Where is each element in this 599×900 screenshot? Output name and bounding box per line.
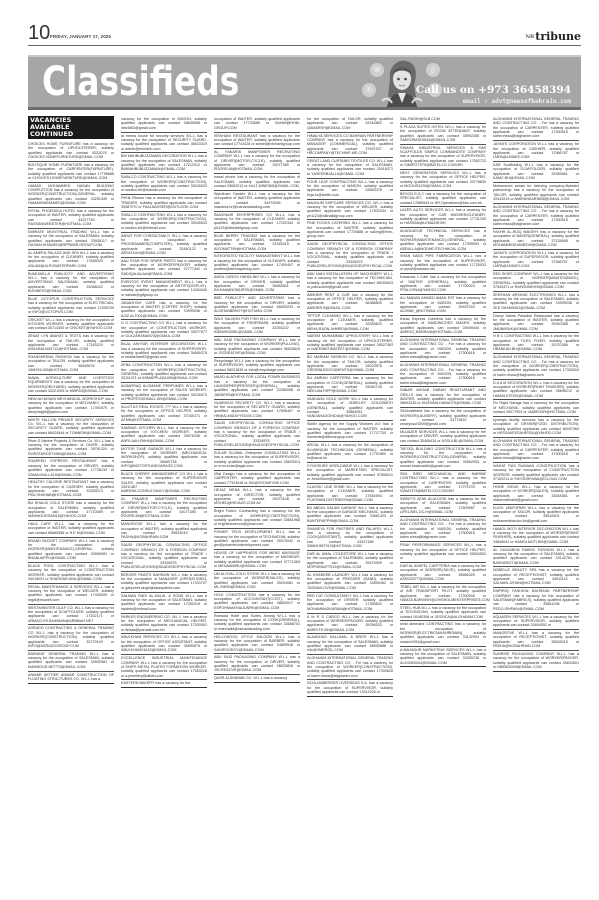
classified-ad: HALA CAFE W.L.L. has a vacancy for the o… — [28, 521, 114, 538]
classified-ad: SAMNAS KITCHEN W.L.L has a vacancy for t… — [121, 425, 207, 446]
classified-ad: BUMUWILLA PUBLICITY AND ADVERTISING W.L.… — [28, 271, 114, 296]
classified-ad: for the occupation of TAILOR, suitably q… — [307, 116, 393, 133]
classified-ad: HAMOL MOTI INTERIOR DECORATION W.L.L has… — [493, 526, 579, 547]
classified-ad: WHITE FALCON PRIVATE SECURITY SERVICES C… — [28, 417, 114, 438]
classified-ad: MAJID ALATHEYA FOR LOCAL FOWRI BUSINESS … — [214, 374, 300, 399]
classified-ad: BU ABDUL SALAM GARAGE W.L.L has a vacanc… — [307, 505, 393, 526]
classified-ad: BU AMRAH CAFETERIA has a vacancy for the… — [307, 375, 393, 396]
classified-ad: BLACK CHERRY MANAGEMENT CO W.L.L has a v… — [121, 471, 207, 496]
classified-ad: BOUTIQUE HOME FURNITURE has a vacancy fo… — [28, 162, 114, 183]
classified-ad: BU KHALID COLD STORE has a vacancy for t… — [28, 500, 114, 521]
advert-email: email : advt@newsofbahrain.com — [463, 98, 571, 105]
classified-ad: SWEETS AFAK ALULDOID has a vacancy for t… — [400, 496, 486, 517]
classified-ad: SINAHA INDUSTRIAL SERVICES & SIMI SCAFFO… — [400, 145, 486, 170]
classified-ad: K&R Scaffolding W.L.L has a vacancy for … — [493, 162, 579, 183]
classified-ad: ALAADDAS HALLIMAL & BROS W.L.L has a vac… — [307, 634, 393, 655]
masthead-logo: NBtribune — [525, 30, 581, 43]
classified-ad: SHAN NASS PIPE FABRICATION W.L.L has a v… — [400, 253, 486, 274]
classified-ad: WESTMINSTER GULF CO. W.L.L has a vacancy… — [28, 605, 114, 626]
classified-ad: JASMI'S CORPORATION W.L.L has a vacancy … — [493, 250, 579, 271]
classified-ad: vacancy for the occupation of MASON, sui… — [121, 116, 207, 133]
classified-ad: RED CAT CONSULTANCY W.L.L has a vacancy … — [307, 593, 393, 614]
classified-ad: ALGHANIM INTERNATIONAL GENERAL TRADING A… — [493, 116, 579, 141]
classified-ad: BEYON B.S.C has a vacancy for the occupa… — [400, 191, 486, 208]
classified-ad: SHANSHEENA FASHION has a vacancy for the… — [28, 354, 114, 375]
classified-ad: ALGHANIM INTERNATIONAL GENERAL TRADING A… — [307, 655, 393, 680]
classified-ad: SALMAN RADI AL-HALAL & SONS W.L.L has a … — [121, 593, 207, 614]
classified-ad: JANADIYAH CAFE has a vacancy for the occ… — [121, 300, 207, 321]
classified-ad: SAUDI GEOPHYSICAL CONSULTING OFFICE COMP… — [307, 241, 393, 271]
classified-ad: STEEL HUB W.L.L has a vacancy for the oc… — [400, 605, 486, 622]
classified-ad: Karac Express Cafeteria has a vacancy fo… — [400, 316, 486, 337]
classified-ad: NEXT GENERATION SERVICES W.L.L has a vac… — [400, 170, 486, 191]
column-2: vacancy for the occupation of MASON, sui… — [121, 116, 207, 688]
classified-ad: H B C CONTRACTING W.L.L has a vacancy fo… — [493, 333, 579, 354]
classified-ad: UM ALOYAL COLD STORE W.L.L has a vacancy… — [214, 571, 300, 592]
classified-ad: occupation of WAITER, suitably qualified… — [214, 116, 300, 133]
ad-list: CHOICES HOME FURNITURE has a vacancy for… — [28, 141, 114, 684]
classified-ad: FINE FOODS CATERING W.L.L has a vacancy … — [307, 220, 393, 241]
classified-ad: ISFAHANI RESTAURANT has a vacancy for th… — [214, 133, 300, 150]
classified-ad: ASRADO CONTRACTING & GENERAL TRADING CO … — [28, 625, 114, 650]
classified-ad: SMALCO CONTRACTING W.L.L has a vacancy f… — [121, 212, 207, 233]
ad-list: vacancy for the occupation of MASON, sui… — [121, 116, 207, 688]
classified-ad: HOME IDEAS W.L.L has a vacancy for the o… — [493, 484, 579, 505]
classified-ad: Vital Design has a vacancy for the occup… — [214, 471, 300, 488]
classified-ad: SUNRISE PACKAGING COMPANY W.L.L has a va… — [493, 651, 579, 672]
classified-ad: SAUDI GEOPHYSICAL CONSULTING OFFICE COMP… — [214, 420, 300, 450]
column-6: ALGHANIM INTERNATIONAL GENERAL TRADING A… — [493, 116, 579, 672]
classified-ad: HEJAZ MENA W.L.L has a vacancy for the o… — [214, 487, 300, 508]
classified-ad: Danny Saints Paradise Restaurant has a v… — [493, 313, 579, 334]
classified-ad: BLACK POOL CONTRACTING W.L.L has a vacan… — [28, 563, 114, 584]
classified-ad: Kasamas 1 Cafe has a vacancy for the occ… — [400, 274, 486, 295]
classified-ad: ALLOTUS REAL ESTATE 777 W.L.L has a vaca… — [121, 404, 207, 425]
classified-ad: SMALCO CONTRACTING W.L.L has a vacancy f… — [121, 174, 207, 195]
classified-ad: ZEBA CONSTRUCTION W.L.L has a vacancy fo… — [121, 362, 207, 383]
classified-ad: MAWA AGRICULTURE AND LIVESTOCK EQUIPMENT… — [28, 375, 114, 396]
classified-ad: AL GUDAIBIYA FABRIC FASHION W.L.L has a … — [493, 547, 579, 568]
classified-ad: ABYAT FOR CONSULTANCY W.L.L has a vacanc… — [121, 233, 207, 258]
classified-ad: SHAREED EXPRESS RESTAURANT has a vacancy… — [28, 458, 114, 479]
classified-ad: MANGROVE W.L.L has a vacancy for the occ… — [121, 521, 207, 542]
classifieds-columns: VACANCIES AVAILABLE CONTINUED CHOICES HO… — [28, 116, 581, 896]
classified-ad: G O CONTRACTING CO W.L.L has a vacancy f… — [121, 320, 207, 341]
classified-ad: AL AMEEN PALACE AND SPA W.L.L has a vaca… — [28, 250, 114, 271]
classified-ad: HOUSE OF HAPPINESS FOR MENS MASSAGE has … — [214, 550, 300, 571]
classified-ad: ABU SAID PACKAGING COMPANY W.L.L has a v… — [214, 654, 300, 675]
classified-ad: BLUE BERRY TRADING has a vacancy for the… — [214, 233, 300, 254]
classified-ad: BLUE OCTOPUS CONSTRUCTION SERVICES has a… — [28, 296, 114, 317]
classified-ad: AL FANARIS MANPOWER RECRUITING COMPANY W… — [214, 149, 300, 174]
classified-ad: BARAKAT GENERAL TRADING W.L.L has a vaca… — [28, 651, 114, 672]
classified-ad: PEAK PERFORMANCE SERVICES W.L.L has a va… — [400, 542, 486, 563]
classified-ad: ZENAT LYN ABAYAT & TEXTIL has a vacancy … — [28, 333, 114, 354]
classified-ad: CLASSIC LINE SHINE W.L.L has a vacancy f… — [307, 484, 393, 505]
classified-ad: BBD PUBLICITY AND ADVERTISING has a vaca… — [214, 295, 300, 316]
classified-ad: Wyndham Garden W.L.L has a vacancy for t… — [214, 191, 300, 212]
call-us-phone: Call us on +973 36458394 — [416, 84, 571, 96]
classified-ad: al emma house for security services W.L.… — [121, 133, 207, 154]
classified-ad: ANSU CARGO HANDLING W.L.L has a vacancy … — [214, 274, 300, 295]
classified-ad: AQUAEEN SERVICES W.L.L has a vacancy for… — [493, 614, 579, 631]
classified-ad: MANGROVE W.L.L has a vacancy for the occ… — [493, 630, 579, 651]
ad-list: for the occupation of TAILOR, suitably q… — [307, 116, 393, 697]
classified-ad: ARCAL W.L.L has a vacancy for the occupa… — [307, 442, 393, 463]
classified-ad: JASMI'S CORPORATION W.L.L has a vacancy … — [493, 141, 579, 162]
classified-ad: SAUDI GEOPHYSICAL CONSULTING OFFICE COMP… — [121, 542, 207, 572]
classified-ad: EASTERN BAKERY has a vacancy for the — [121, 680, 207, 688]
classified-ad: WAHAT RAS RUMAAN CONSTRUCTION has a vaca… — [493, 463, 579, 484]
page-header: 10 FRIDAY, JANUARY 17, 2025 NBtribune — [28, 24, 581, 46]
classified-ad: ABULKHAM SERVICES CO W.L.L has a vacancy… — [121, 634, 207, 655]
classified-ad: EMPIRIQ FASHION BAHRAINI PARTNERSHIP COM… — [493, 588, 579, 613]
classified-ad: PARKES ENGINEERING CO. W.L.L has a vacan… — [121, 614, 207, 635]
classified-ad: TIPTOP CLEANING W.L.L has a vacancy for … — [307, 313, 393, 334]
classified-ad: GREAT LAND CURTAINS TEXTILES CO. W.L.L h… — [307, 158, 393, 179]
classifieds-banner: Classifieds ✉ ✆ ▯ ◍ Call us on +973 3645… — [28, 55, 581, 110]
classified-ad: HIMALYA SERVICES CO BAHRAIN PARTNERSHIP … — [307, 133, 393, 158]
ad-list: ALGHANIM INTERNATIONAL GENERAL TRADING A… — [493, 116, 579, 672]
classified-ad: INTEGRATED FACILITY MANAGEMENT W.L.L has… — [214, 253, 300, 274]
classified-ad: S PLAZA SUITES HOTEL W.L.L has a vacancy… — [400, 124, 486, 145]
classified-ad: Skiller Agency for the Supply Workers w.… — [307, 421, 393, 442]
column-1: VACANCIES AVAILABLE CONTINUED CHOICES HO… — [28, 116, 114, 684]
page-number: 10 — [28, 22, 50, 45]
classified-ad: DAR AL ASAFEL CAFETERIA has a vacancy fo… — [400, 563, 486, 584]
phone-icon: ✆ — [362, 83, 376, 97]
section-heading: VACANCIES AVAILABLE CONTINUED — [28, 116, 114, 139]
classified-ad: BILAL AKHTAR INTERIOR DECORATION W.L.L h… — [121, 341, 207, 362]
classified-ad: BERGER PAINTS BAHRAIN W.L.L has a vacanc… — [121, 572, 207, 593]
mobile-icon: ▯ — [426, 63, 440, 77]
classified-ad: ZEESHAN ARSHAD ELECTRONICS W.L.L has a v… — [493, 292, 579, 313]
classified-ad: CRICKET W.L.L has a vacancy for the occu… — [28, 317, 114, 334]
classified-ad: SHAMEYA FOR PASTRIES AND FALAFEL W.L.L h… — [307, 526, 393, 551]
classified-ad: ABU NADI INSTALLATION OF MACHINERY W.L.L… — [307, 271, 393, 292]
classified-ad: AL KHAREEB LAUNDRY W.L.L has a vacancy f… — [307, 572, 393, 593]
classified-ad: Ramada Hotel and Suites Amwaj W.L.L has … — [214, 613, 300, 634]
classified-ad: FitFat Fitness has a vacancy for the occ… — [121, 195, 207, 212]
classified-ad: EMIRATE MONTREAL TRADING W.L.L has a vac… — [28, 229, 114, 250]
classified-ad: CYNOSURE WORLDWIDE W.L.L has a vacancy f… — [307, 463, 393, 484]
classified-ad: CHOICES HOME FURNITURE has a vacancy for… — [28, 141, 114, 162]
classified-ad: shibl almedani CONTRACTING has a vacancy… — [400, 621, 486, 646]
classified-ad: RED SKIES COMPANY W.L.L has a vacancy fo… — [493, 271, 579, 292]
classified-ad: ALGHANIM INTERNATIONAL GENERAL TRADING A… — [400, 517, 486, 542]
classified-ad: KLICK UNIFORMS W.L.L has a vacancy for t… — [493, 505, 579, 526]
classified-ad: ABU SAID PACKAGING COMPANY W.L.L has a v… — [214, 337, 300, 358]
banner-title: Classifieds — [42, 59, 239, 105]
ad-list: SAL-RASHI@SLB.COMS PLAZA SUITES HOTEL W.… — [400, 116, 486, 667]
classified-ad: ROYAL PHOENICIA HOTEL has a vacancy for … — [28, 208, 114, 229]
column-4: for the occupation of TAILOR, suitably q… — [307, 116, 393, 697]
classified-ad: ALGHANIM INTERNATIONAL GENERAL TRADING A… — [493, 354, 579, 379]
classified-ad: SEA BIRD MECHANICAL AND MARINE CONTRACTI… — [400, 471, 486, 496]
classified-ad: Fix Right Garage has a vacancy for the o… — [493, 400, 579, 417]
classified-ad: QASR ALSHABAB CO. W.L.L has a vacancy — [214, 675, 300, 683]
classified-ad: FOUR LEAF CONTRACTING W.L.L has a vacanc… — [307, 179, 393, 200]
classified-ad: DAR AL AMAL COLDSTORE W.L.L has a vacanc… — [307, 551, 393, 572]
classified-ad: ALGHANIM INTERNATIONAL GENERAL TRADING A… — [400, 337, 486, 362]
classified-ad: FAKHR AL-RIZQ BAKERY has a vacancy for t… — [493, 229, 579, 250]
classified-ad: SCHLUMBERGER OVERSEAS S.A. has a vacancy… — [307, 680, 393, 697]
classified-ad: ALBARRAQ ALOMAME PERFUMES W.L.L has a va… — [121, 383, 207, 404]
column-5: SAL-RASHI@SLB.COMS PLAZA SUITES HOTEL W.… — [400, 116, 486, 667]
classified-ad: 3044cafeteria has a vacancy for the occu… — [400, 408, 486, 429]
classified-ad: wasal phone has a vacancy for the occupa… — [214, 174, 300, 191]
classified-ad: REGAL MAINTENANCE & SERVICES W.L.L has a… — [28, 584, 114, 605]
classified-ad: IMAGINAIR ENTERPRISES CO W.L.L has a vac… — [214, 212, 300, 233]
classified-ad: LAZER AUTO SERVICES W.L.L has a vacancy … — [400, 207, 486, 228]
classified-ad: NAEEM MUHAMMAD UPHOLSTERY W.L.L has a va… — [307, 333, 393, 354]
classified-ad: NEW ALHUSANI MECHANICAL WORKSHOP has a v… — [28, 396, 114, 417]
classified-ad: ALGHANIM INTERNATIONAL GENERAL TRADING A… — [493, 204, 579, 229]
column-3: occupation of WAITER, suitably qualified… — [214, 116, 300, 683]
classified-ad: EXCELLENCE INDUSTRIAL MAINTENANCE COMPAN… — [121, 655, 207, 680]
classified-ad: TAFOOL BUILDING CONSTRUCTION W.L.L has a… — [400, 446, 486, 471]
classified-ad: River-S Marine Projects & Services Co. W… — [28, 438, 114, 459]
classified-ad: SAL-RASHI@SLB.COM — [400, 116, 486, 124]
classified-ad: SOLAR GLOBAL Enterprise CONSULTING W.L.L… — [214, 450, 300, 471]
classified-ad: ANWAR AKTHER ANWAR CONSTRUCTION OF FLOAT… — [28, 672, 114, 684]
classified-ad: HYLE CONSTRUCTION has a vacancy for the … — [214, 592, 300, 613]
classified-ad: EVENTOS EVENT MANAGEMENT W.L.L has a vac… — [121, 279, 207, 300]
classified-ad: ALNODATUR TECHNICAL SERVICES has a vacan… — [400, 228, 486, 253]
classified-ad: A.BAHADUR MARKETING SERVICES W.L.L has a… — [400, 647, 486, 668]
classified-ad: ALGHANIM INTERNATIONAL GENERAL TRADING A… — [493, 438, 579, 463]
classified-ad: VANDANA GOLD WORK W.L.L has a vacancy fo… — [307, 396, 393, 421]
classified-ad: HOLLYWOOD STYLE SALOON W.L.L has a vacan… — [214, 634, 300, 655]
classified-ad: NOBELLE BEAUTY SPA has a vacancy for the… — [493, 567, 579, 588]
classified-ad: Bright Future Contracting has a vacancy … — [214, 508, 300, 529]
classified-ad: Mohammed ansari for tailoring company-Ba… — [493, 183, 579, 204]
classified-ad: BO MARIAM FASHION CO. W.L.L has a vacanc… — [307, 354, 393, 375]
classified-ad: D A A M DECORATION W.L.L has a vacancy f… — [493, 380, 579, 401]
classified-ad: POWER TECH DEVELOPMENT W.L.L has a vacan… — [214, 529, 300, 550]
classified-ad: HEALTHY CALORIE RESTAURANT has a vacancy… — [28, 479, 114, 500]
masthead-title: tribune — [535, 30, 581, 43]
classified-ad: BM MAHBUBUZZAMAN DECORATION W.L.L has a … — [121, 153, 207, 174]
classified-ad: ABSHER RENT A CAR has a vacancy for the … — [307, 292, 393, 313]
classified-ad: A M R S CARGO W.L.L has a vacancy for th… — [307, 614, 393, 635]
classified-ad: MAGNUM SHIPCARE SERVICES CO. W.L.L has a… — [307, 200, 393, 221]
classified-ad: MUJAZER SERVICES W.L.L has a vacancy for… — [400, 429, 486, 446]
classified-ad: SABAR AHOAB DABAH REASTURANT AND GRILLS … — [400, 387, 486, 408]
ad-list: occupation of WAITER, suitably qualified… — [214, 116, 300, 683]
classified-ad: ALGHANIM INTERNATIONAL GENERAL TRADING A… — [400, 362, 486, 387]
classified-ad: synergic facility services has a vacancy… — [493, 417, 579, 438]
classified-ad: AL FANARIS MANPOWER RECRUITING COMPANY W… — [121, 496, 207, 521]
classified-ad: BRAND BUCKET COMPANY W.L.L has a vacancy… — [28, 538, 114, 563]
page-date: FRIDAY, JANUARY 17, 2025 — [50, 34, 111, 39]
classified-ad: MOTOR TUNE GARAGE W.L.L has a vacancy fo… — [121, 446, 207, 471]
classified-ad: ALI MADAN AHMED AMAN EST has a vacancy f… — [400, 295, 486, 316]
classified-ad: HAMAD MOHAMMED HASAN BUILDING COMPLETION… — [28, 183, 114, 208]
classified-ad: Recycleage W.L.L has a vacancy for the o… — [214, 358, 300, 375]
masthead-prefix: NB — [525, 34, 534, 40]
classified-ad: GUARDIUS SECURITY CO. W.L.L has a vacanc… — [214, 400, 300, 421]
classified-ad: WILD SALMON FOR FISH W.L.L has a vacancy… — [214, 316, 300, 337]
classified-ad: AAU STAR FOR SPARE PARTS has a vacancy f… — [121, 258, 207, 279]
classified-ad: TEBEL AIR W.L.L has a vacancy for the oc… — [400, 584, 486, 605]
